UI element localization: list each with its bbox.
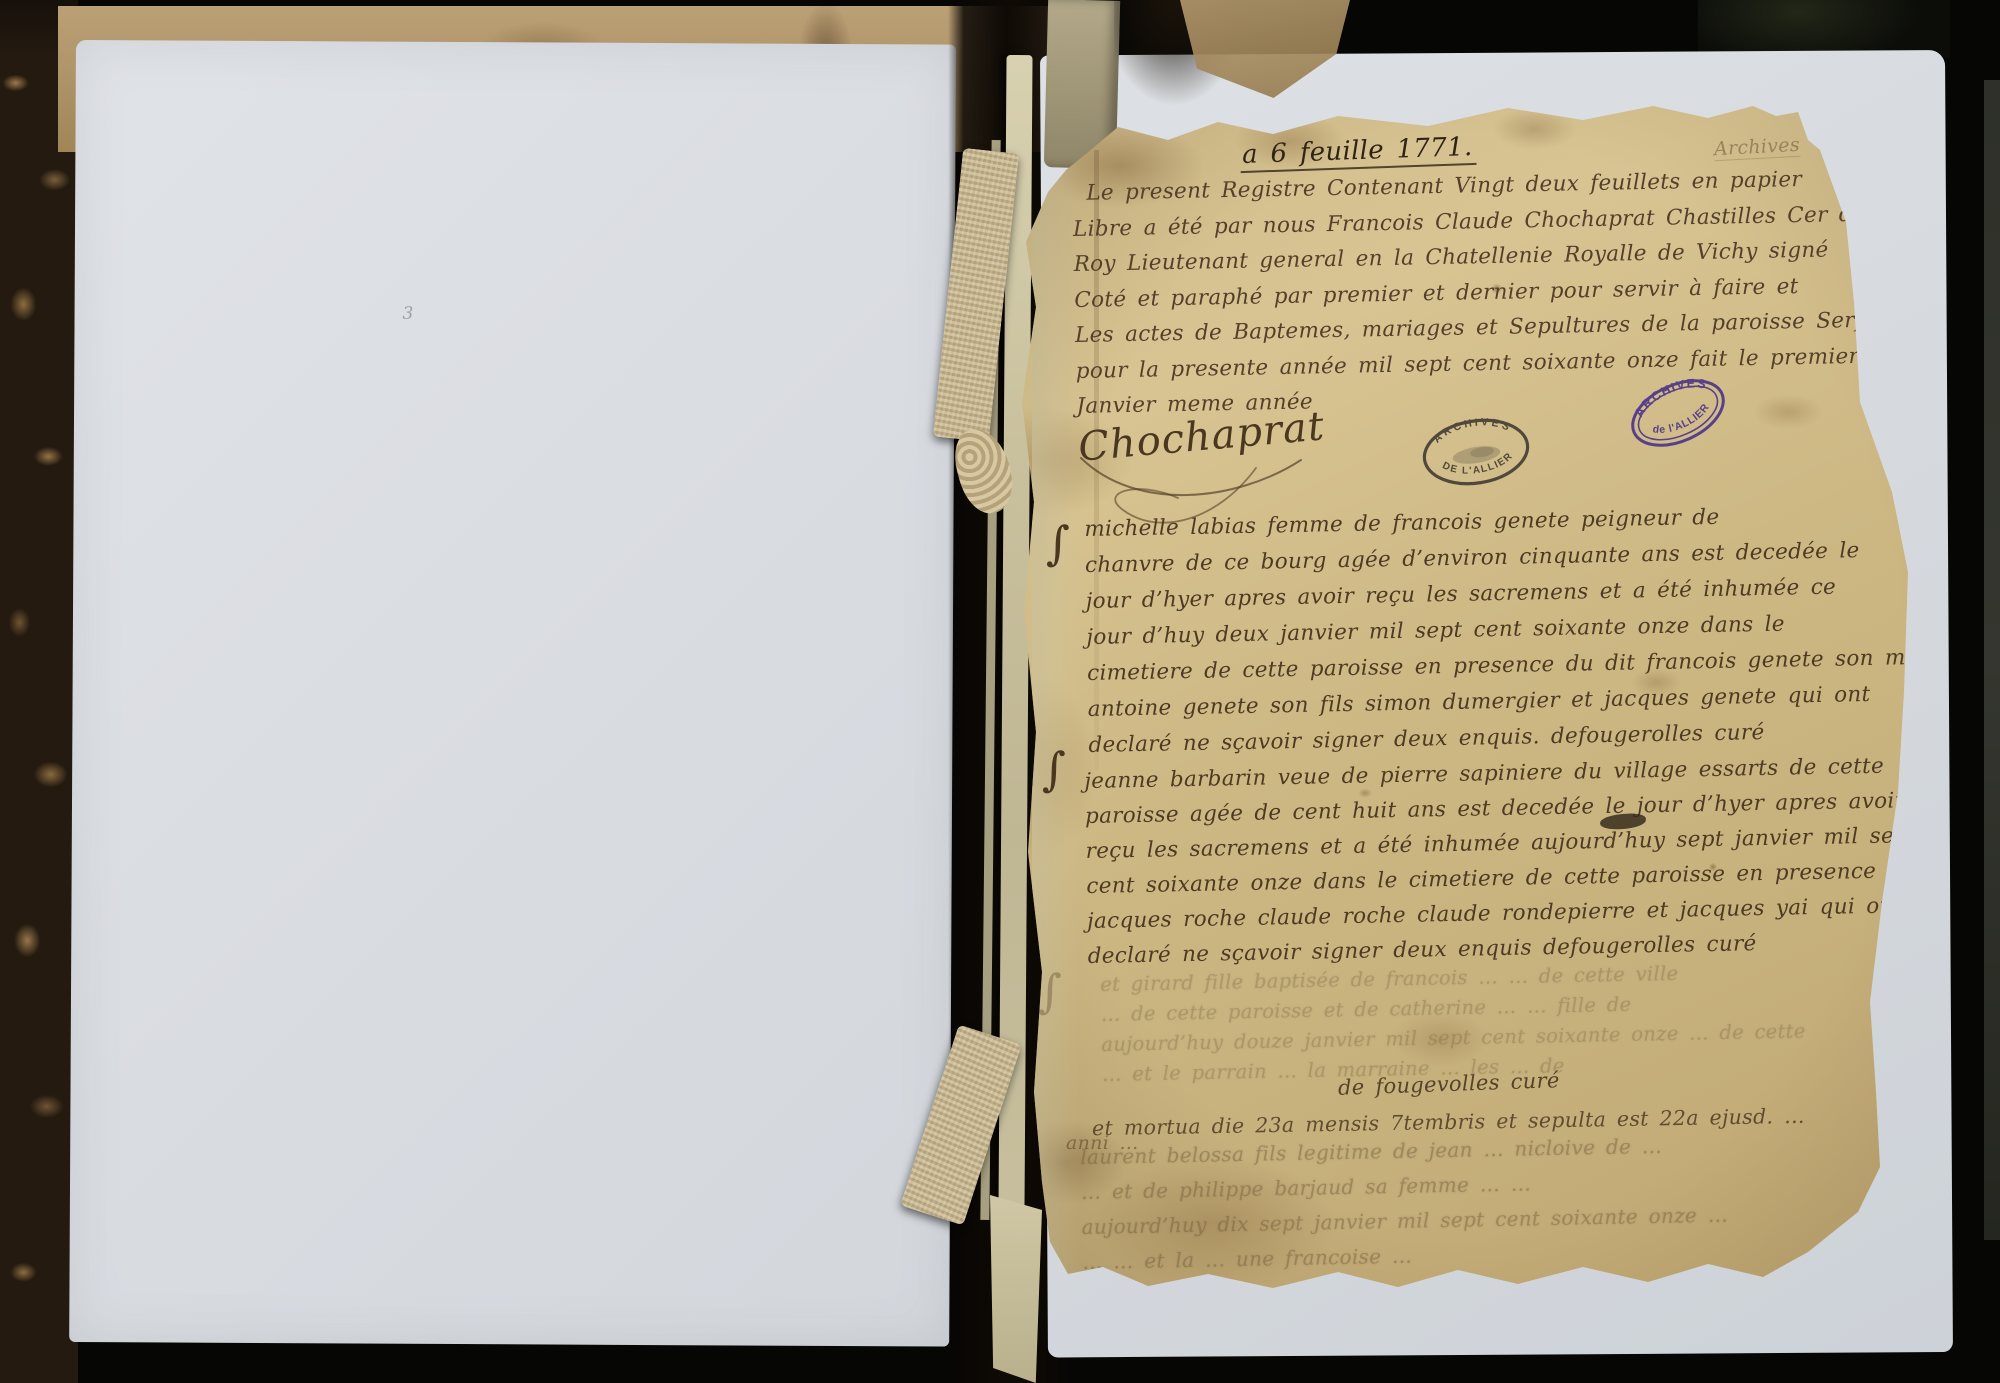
archival-book-scan: 3 a 6 feuille 1771. Archives Le present … [0,0,2000,1383]
cover-edge-right [1984,80,2000,1240]
pencil-folio-number: 3 [403,304,414,324]
book-cover-marbled-edge [0,0,78,1383]
left-blank-sheet: 3 [69,40,956,1347]
spine-fragment-bottom [990,1195,1042,1383]
page-edge-shading [1008,92,1948,1322]
manuscript-page: a 6 feuille 1771. Archives Le present Re… [1008,92,1948,1322]
